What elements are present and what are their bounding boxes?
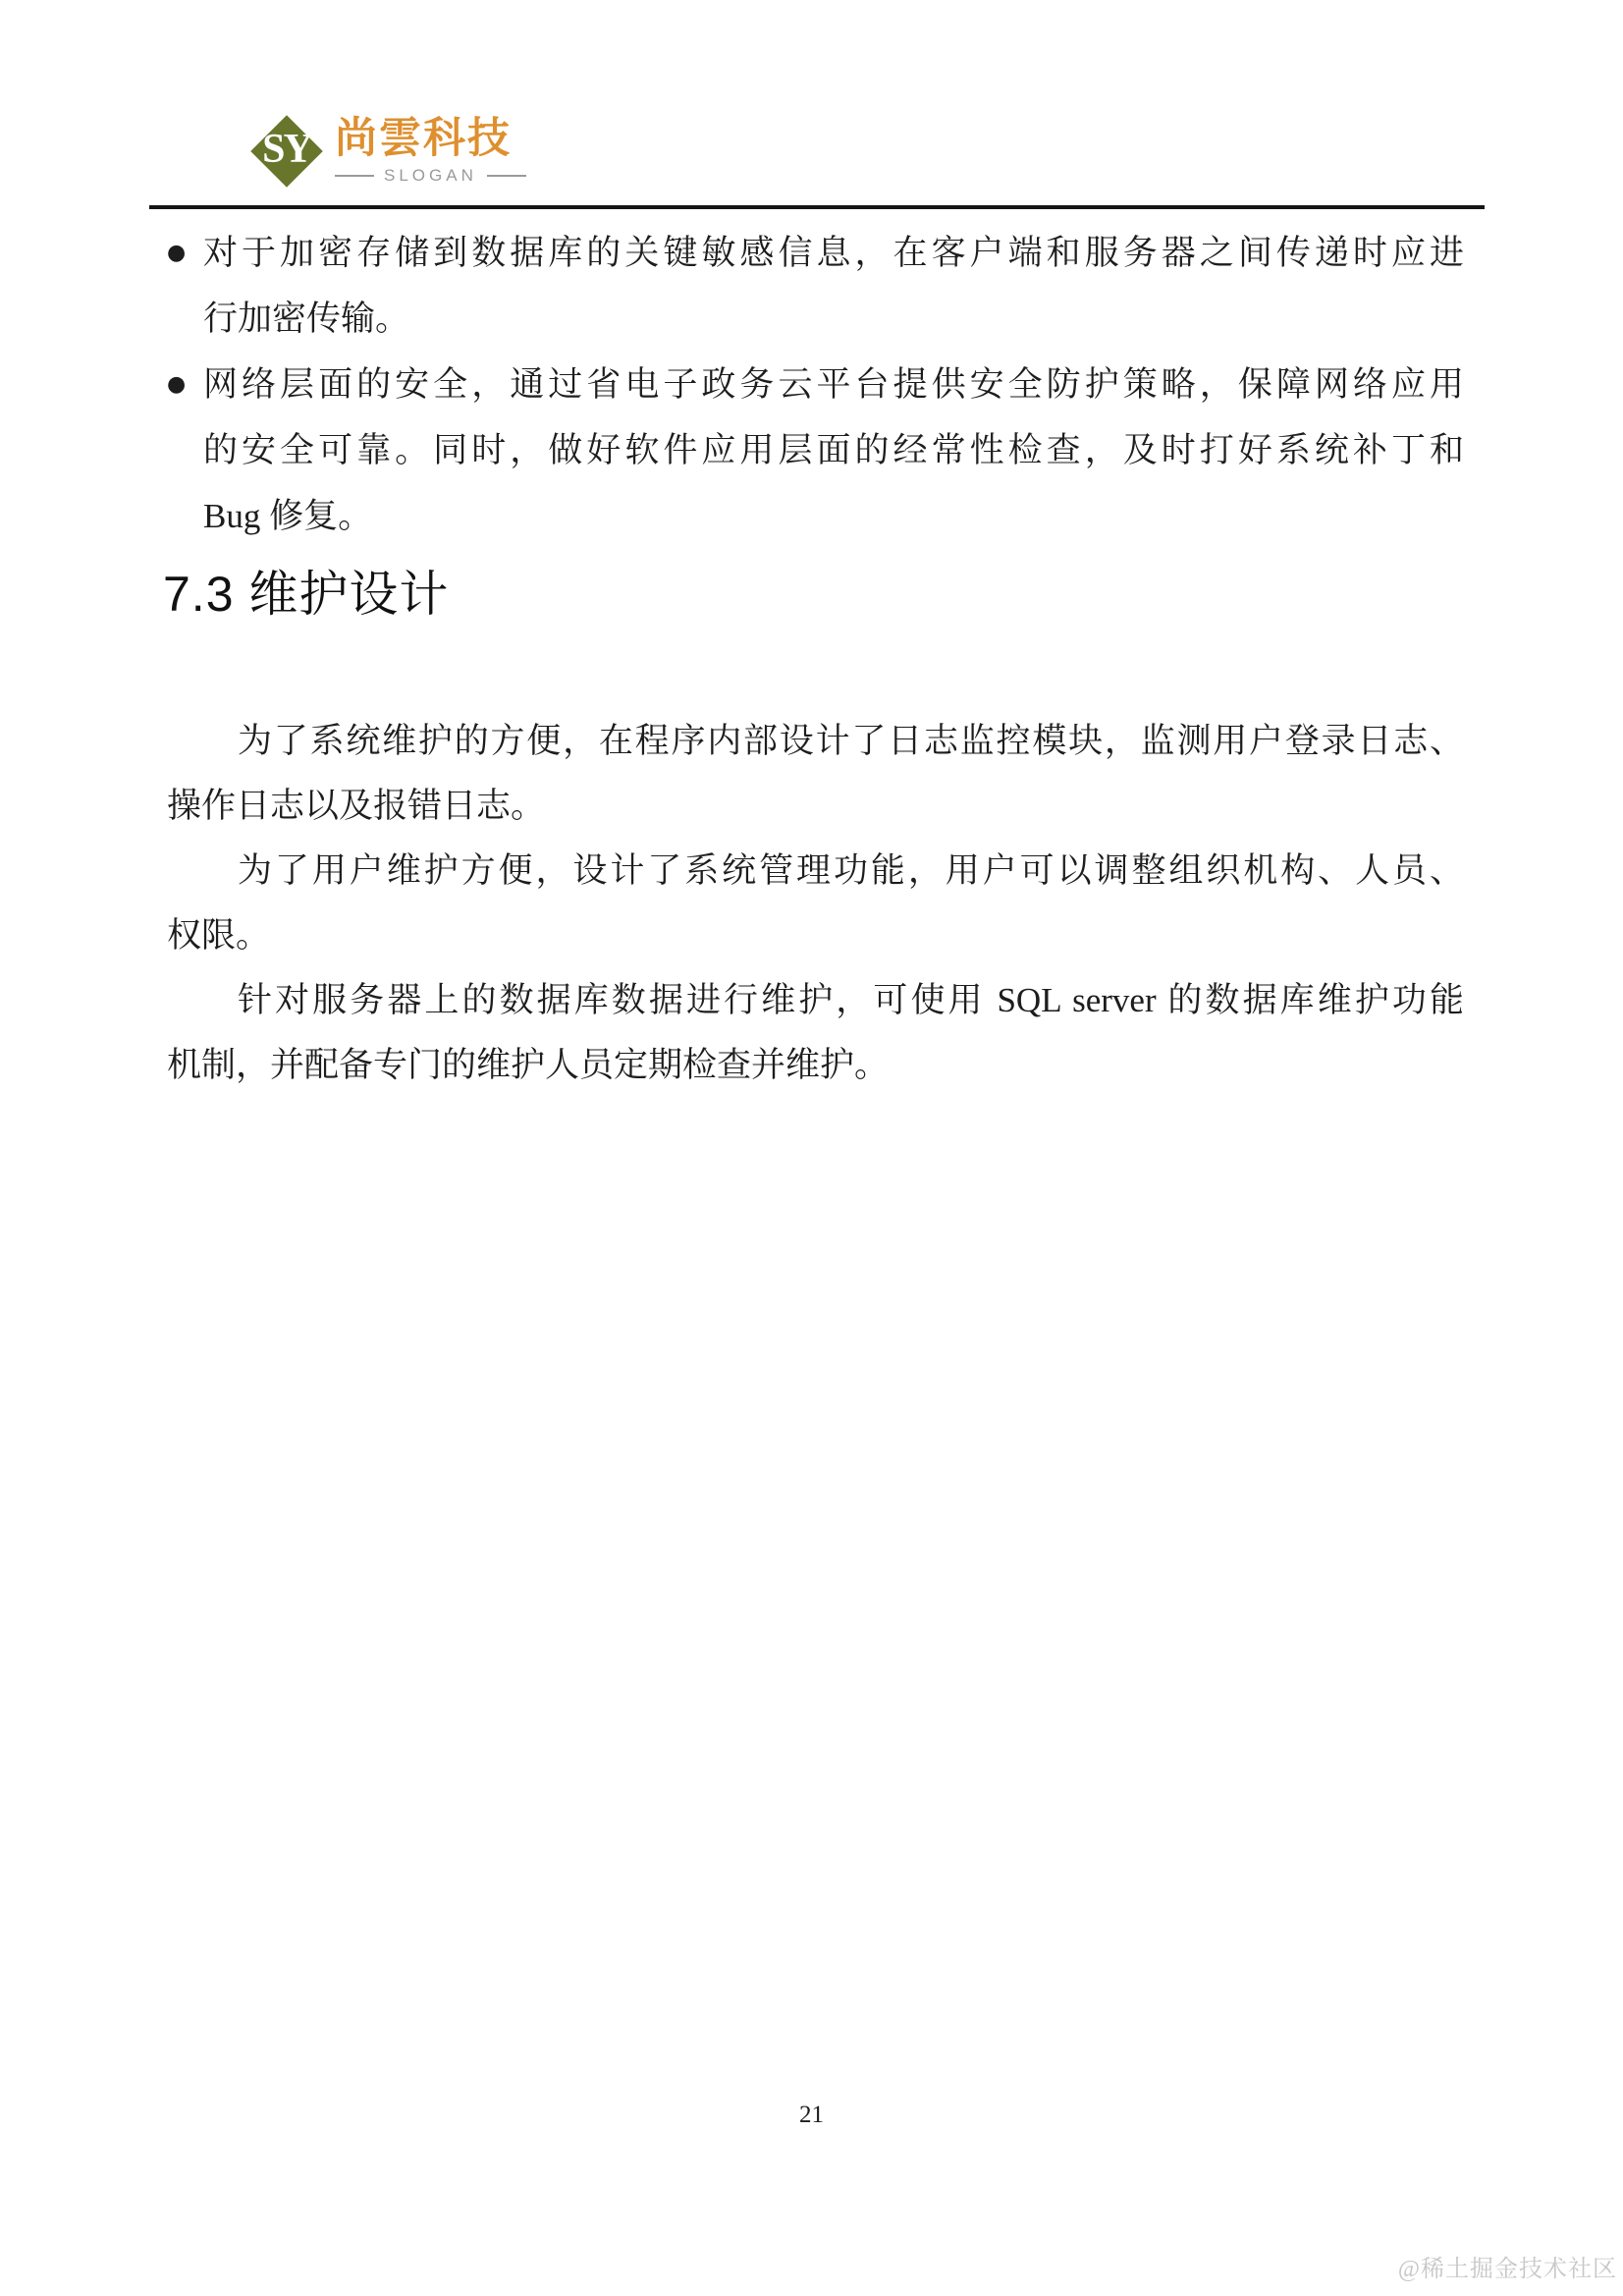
bullet-icon: ●: [167, 220, 186, 286]
text-line: 权限。: [167, 903, 1464, 968]
page-number: 21: [0, 2102, 1623, 2129]
text-line: 操作日志以及报错日志。: [167, 774, 1464, 839]
text-line: 的安全可靠。同时，做好软件应用层面的经常性检查，及时打好系统补丁和: [203, 417, 1464, 483]
logo-diamond-mark: SY: [248, 108, 323, 196]
logo-text-block: 尚雲科技 SLOGAN: [335, 108, 526, 186]
text-line: 针对服务器上的数据库数据进行维护，可使用 SQL server 的数据库维护功能: [167, 968, 1464, 1033]
section-heading: 7.3 维护设计: [163, 556, 449, 632]
header-divider: [149, 205, 1485, 209]
logo-monogram: SY: [248, 126, 325, 173]
bullet-icon: ●: [167, 352, 186, 417]
tagline-row: SLOGAN: [335, 166, 526, 186]
tagline-right-dash: [487, 175, 526, 177]
text-line: 对于加密存储到数据库的关键敏感信息，在客户端和服务器之间传递时应进: [203, 220, 1464, 286]
document-page: SY 尚雲科技 SLOGAN ● 对于加密存储到数据库的关键敏感信息，在客户端和…: [0, 0, 1623, 2296]
paragraph: 针对服务器上的数据库数据进行维护，可使用 SQL server 的数据库维护功能…: [167, 968, 1464, 1098]
section-body: 为了系统维护的方便，在程序内部设计了日志监控模块，监测用户登录日志、 操作日志以…: [167, 709, 1464, 1098]
text-line: 为了用户维护方便，设计了系统管理功能，用户可以调整组织机构、人员、: [167, 839, 1464, 903]
paragraph: 为了用户维护方便，设计了系统管理功能，用户可以调整组织机构、人员、 权限。: [167, 839, 1464, 968]
bullet-text: 网络层面的安全，通过省电子政务云平台提供安全防护策略，保障网络应用 的安全可靠。…: [203, 352, 1464, 549]
tagline-text: SLOGAN: [384, 166, 477, 186]
company-logo: SY 尚雲科技 SLOGAN: [248, 108, 526, 196]
tagline-left-dash: [335, 175, 374, 177]
list-item: ● 网络层面的安全，通过省电子政务云平台提供安全防护策略，保障网络应用 的安全可…: [167, 352, 1464, 549]
text-line: 行加密传输。: [203, 286, 1464, 352]
company-name: 尚雲科技: [335, 116, 526, 162]
community-watermark: @稀土掘金技术社区: [1398, 2249, 1617, 2283]
bullet-list: ● 对于加密存储到数据库的关键敏感信息，在客户端和服务器之间传递时应进 行加密传…: [167, 220, 1464, 549]
text-line: 机制，并配备专门的维护人员定期检查并维护。: [167, 1033, 1464, 1098]
paragraph: 为了系统维护的方便，在程序内部设计了日志监控模块，监测用户登录日志、 操作日志以…: [167, 709, 1464, 839]
text-line: Bug 修复。: [203, 483, 1464, 549]
bullet-text: 对于加密存储到数据库的关键敏感信息，在客户端和服务器之间传递时应进 行加密传输。: [203, 220, 1464, 352]
list-item: ● 对于加密存储到数据库的关键敏感信息，在客户端和服务器之间传递时应进 行加密传…: [167, 220, 1464, 352]
text-line: 网络层面的安全，通过省电子政务云平台提供安全防护策略，保障网络应用: [203, 352, 1464, 417]
text-line: 为了系统维护的方便，在程序内部设计了日志监控模块，监测用户登录日志、: [167, 709, 1464, 774]
